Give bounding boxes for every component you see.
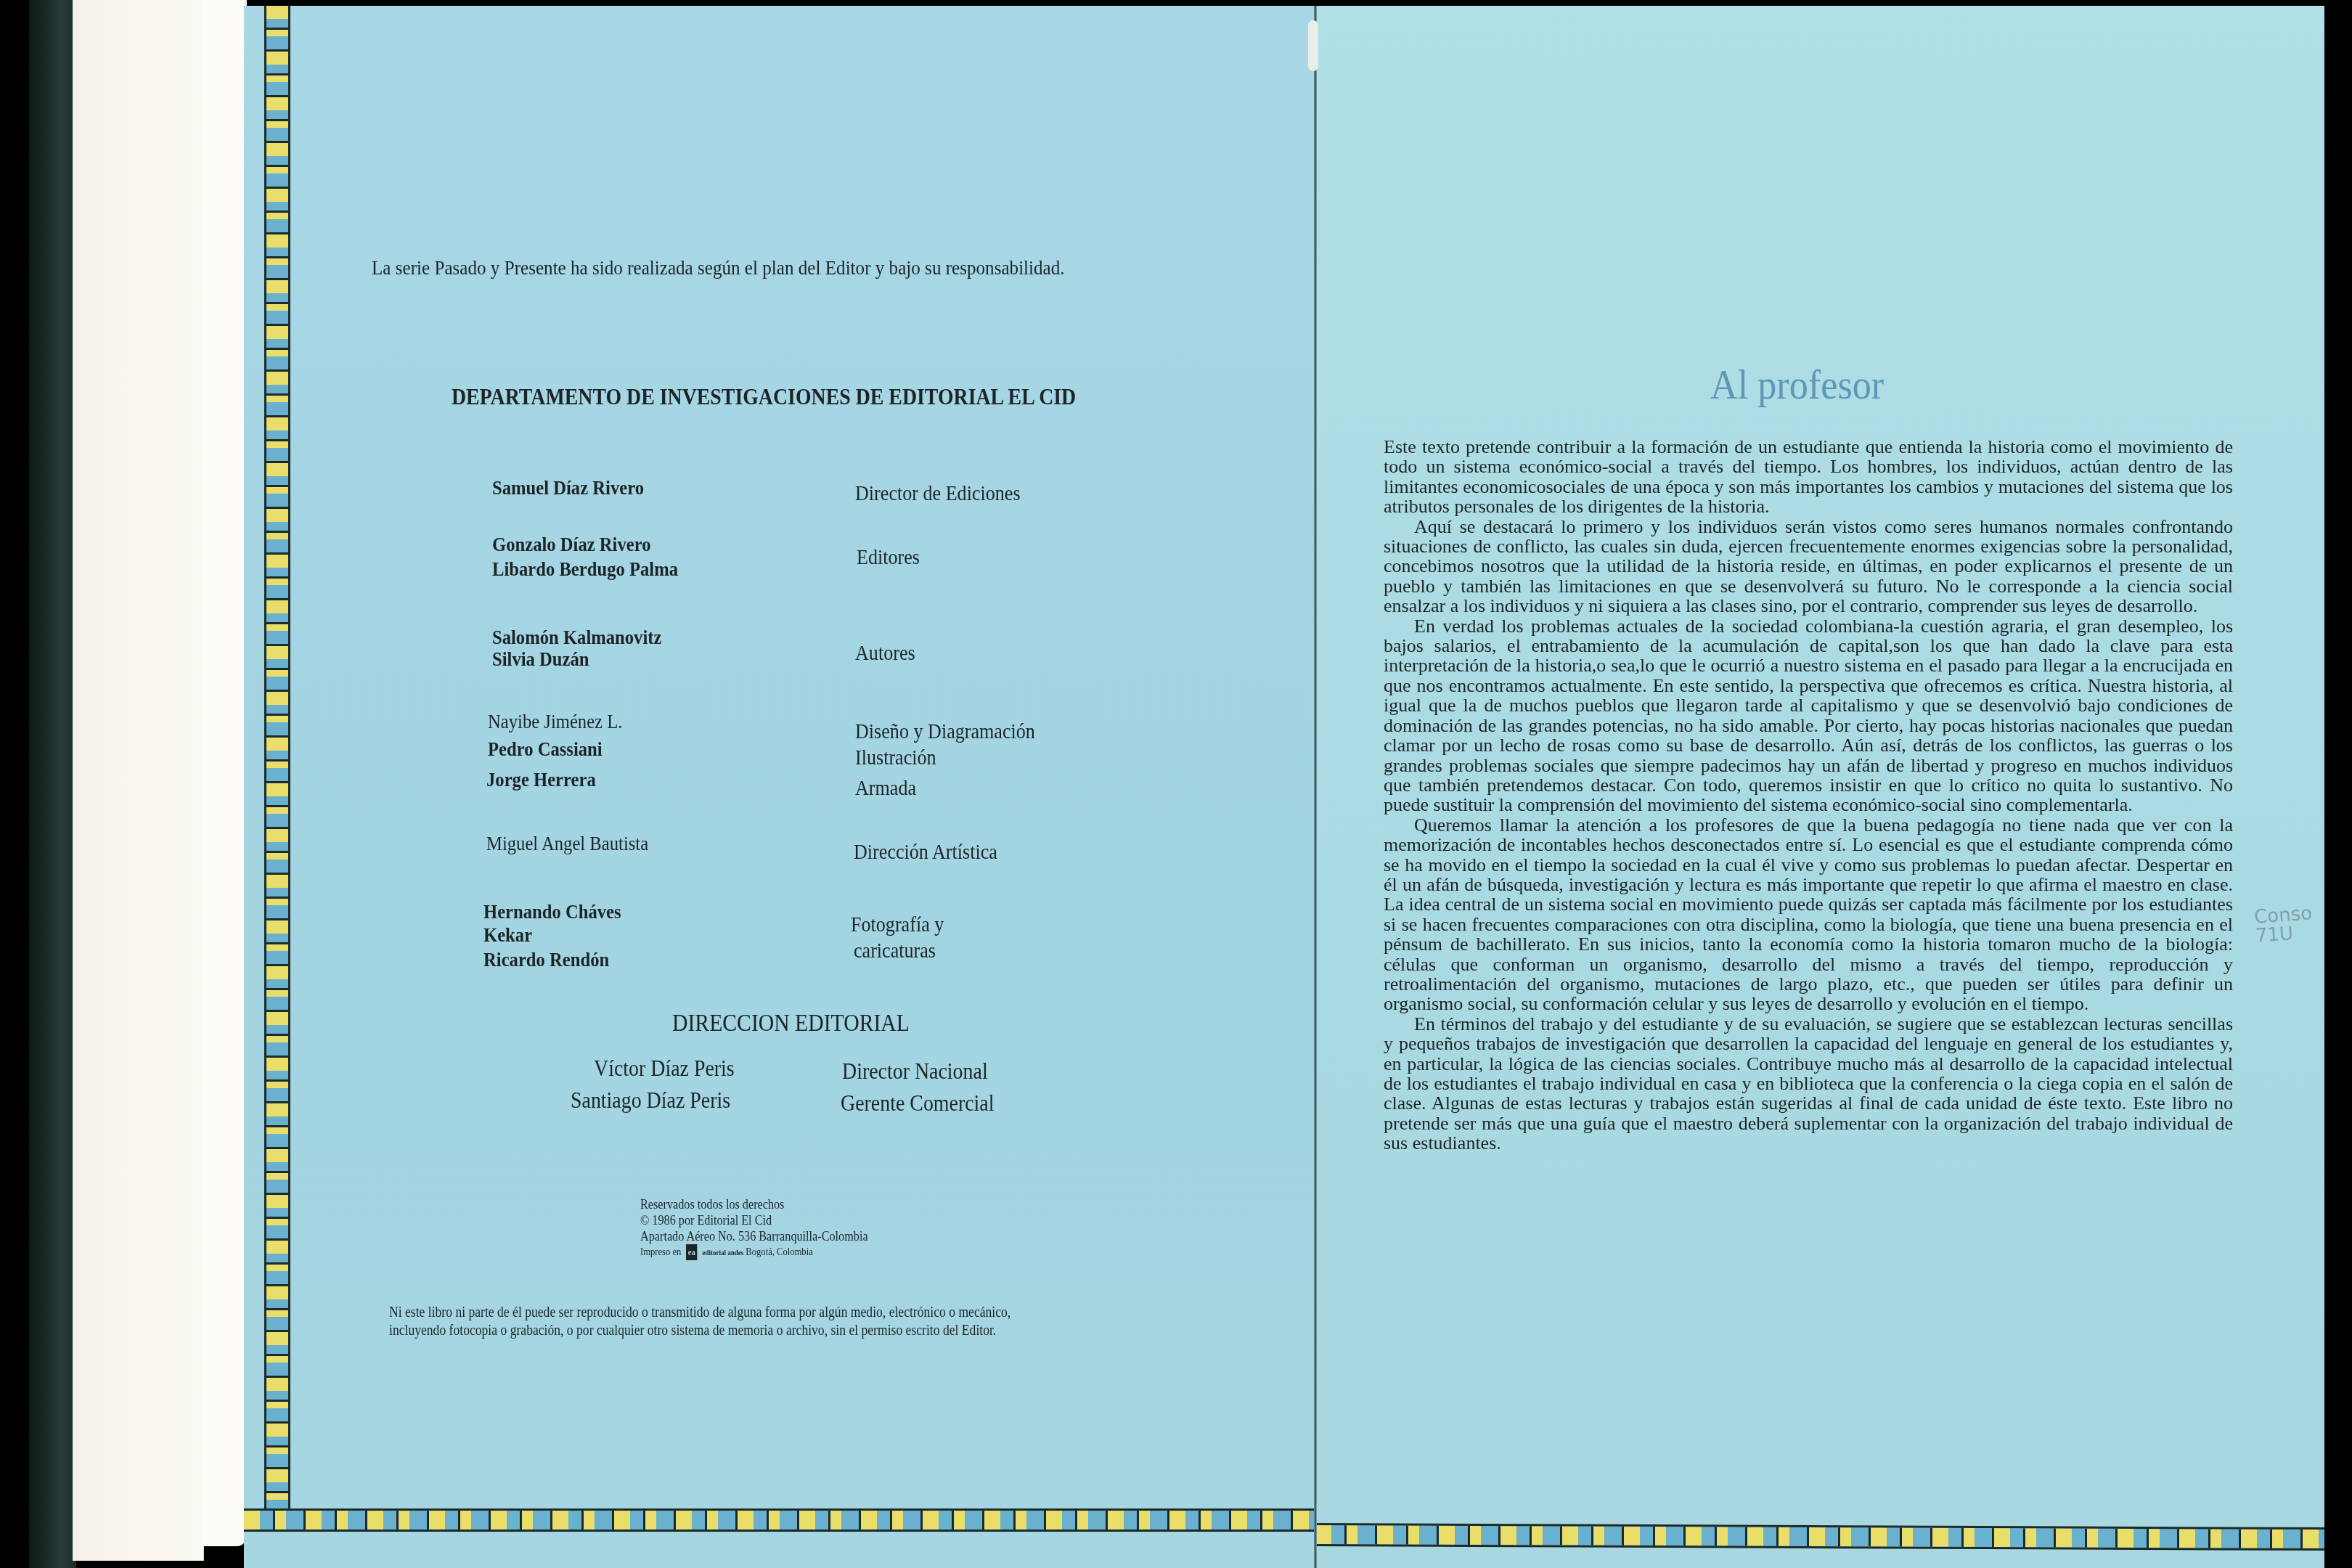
series-intro: La serie Pasado y Presente ha sido reali… [372, 257, 1065, 279]
greek-key-border-bottom-right [1315, 1523, 2324, 1551]
direccion-editorial-heading: DIRECCION EDITORIAL [672, 1010, 910, 1037]
credit-role: caricaturas [854, 936, 936, 965]
rights-line: Reservados todos los derechos [640, 1196, 868, 1212]
credit-name: Miguel Angel Bautista [486, 832, 648, 857]
credit-name: Jorge Herrera [486, 768, 596, 793]
copyright-line: © 1986 por Editorial El Cid [640, 1212, 868, 1228]
director-name: Víctor Díaz Peris [594, 1055, 735, 1082]
page-stack-edge-inner [202, 0, 247, 1546]
pencil-margin-note: Conso 71U [2253, 904, 2314, 945]
director-role: Gerente Comercial [841, 1090, 994, 1116]
scan-background [2324, 0, 2352, 1568]
credit-name: Ricardo Rendón [483, 948, 609, 973]
credit-role: Autores [855, 639, 915, 668]
credit-name: Pedro Cassiani [488, 738, 603, 762]
credit-role: Editores [857, 543, 920, 572]
credit-name: Silvia Duzán [492, 648, 589, 672]
gutter-tear [1308, 20, 1318, 71]
bleed-through-text [1638, 209, 2352, 354]
credit-name: Gonzalo Díaz Rivero [492, 533, 651, 558]
credit-name: Salomón Kalmanovitz [492, 626, 661, 650]
greek-key-border-left [264, 6, 290, 1516]
credit-role: Ilustración [855, 743, 936, 772]
credit-role: Dirección Artística [854, 838, 997, 867]
legal-notice: Ni este libro ni parte de él puede ser r… [389, 1304, 1010, 1340]
printer-line: Impreso en ea editorial andes Bogotá, Co… [640, 1244, 868, 1262]
paragraph: Aquí se destacará lo primero y los indiv… [1384, 517, 2233, 616]
credit-role: Fotografía y [851, 910, 944, 939]
credit-role: Diseño y Diagramación [855, 717, 1035, 746]
credit-name: Kekar [483, 923, 532, 948]
paragraph: Este texto pretende contribuir a la form… [1384, 437, 2233, 517]
book-cover-edge [29, 0, 76, 1568]
printer-logo-icon: ea [686, 1244, 698, 1260]
body-text: Este texto pretende contribuir a la form… [1384, 437, 2233, 1153]
rights-block: Reservados todos los derechos © 1986 por… [640, 1196, 868, 1262]
credit-name: Nayibe Jiménez L. [488, 710, 622, 735]
left-page: La serie Pasado y Presente ha sido reali… [244, 6, 1315, 1568]
director-role: Director Nacional [842, 1058, 988, 1085]
book-gutter [1314, 6, 1317, 1568]
greek-key-border-bottom-left [244, 1508, 1315, 1532]
page-stack-edge [73, 0, 204, 1561]
paragraph: Queremos llamar la atención a los profes… [1384, 815, 2233, 1014]
book-spread: La serie Pasado y Presente ha sido reali… [244, 6, 2324, 1568]
paragraph: En verdad los problemas actuales de la s… [1384, 616, 2233, 815]
department-heading: DEPARTAMENTO DE INVESTIGACIONES DE EDITO… [452, 383, 1076, 410]
paragraph: En términos del trabajo y del estudiante… [1384, 1014, 2233, 1153]
director-name: Santiago Díaz Peris [571, 1087, 730, 1114]
address-line: Apartado Aéreo No. 536 Barranquilla-Colo… [640, 1228, 868, 1244]
chapter-title: Al profesor [1710, 360, 1884, 409]
credit-name: Hernando Cháves [483, 900, 621, 925]
credit-name: Samuel Díaz Rivero [492, 476, 644, 501]
credit-role: Armada [855, 774, 916, 803]
credit-name: Libardo Berdugo Palma [492, 558, 678, 582]
credit-role: Director de Ediciones [855, 479, 1021, 508]
